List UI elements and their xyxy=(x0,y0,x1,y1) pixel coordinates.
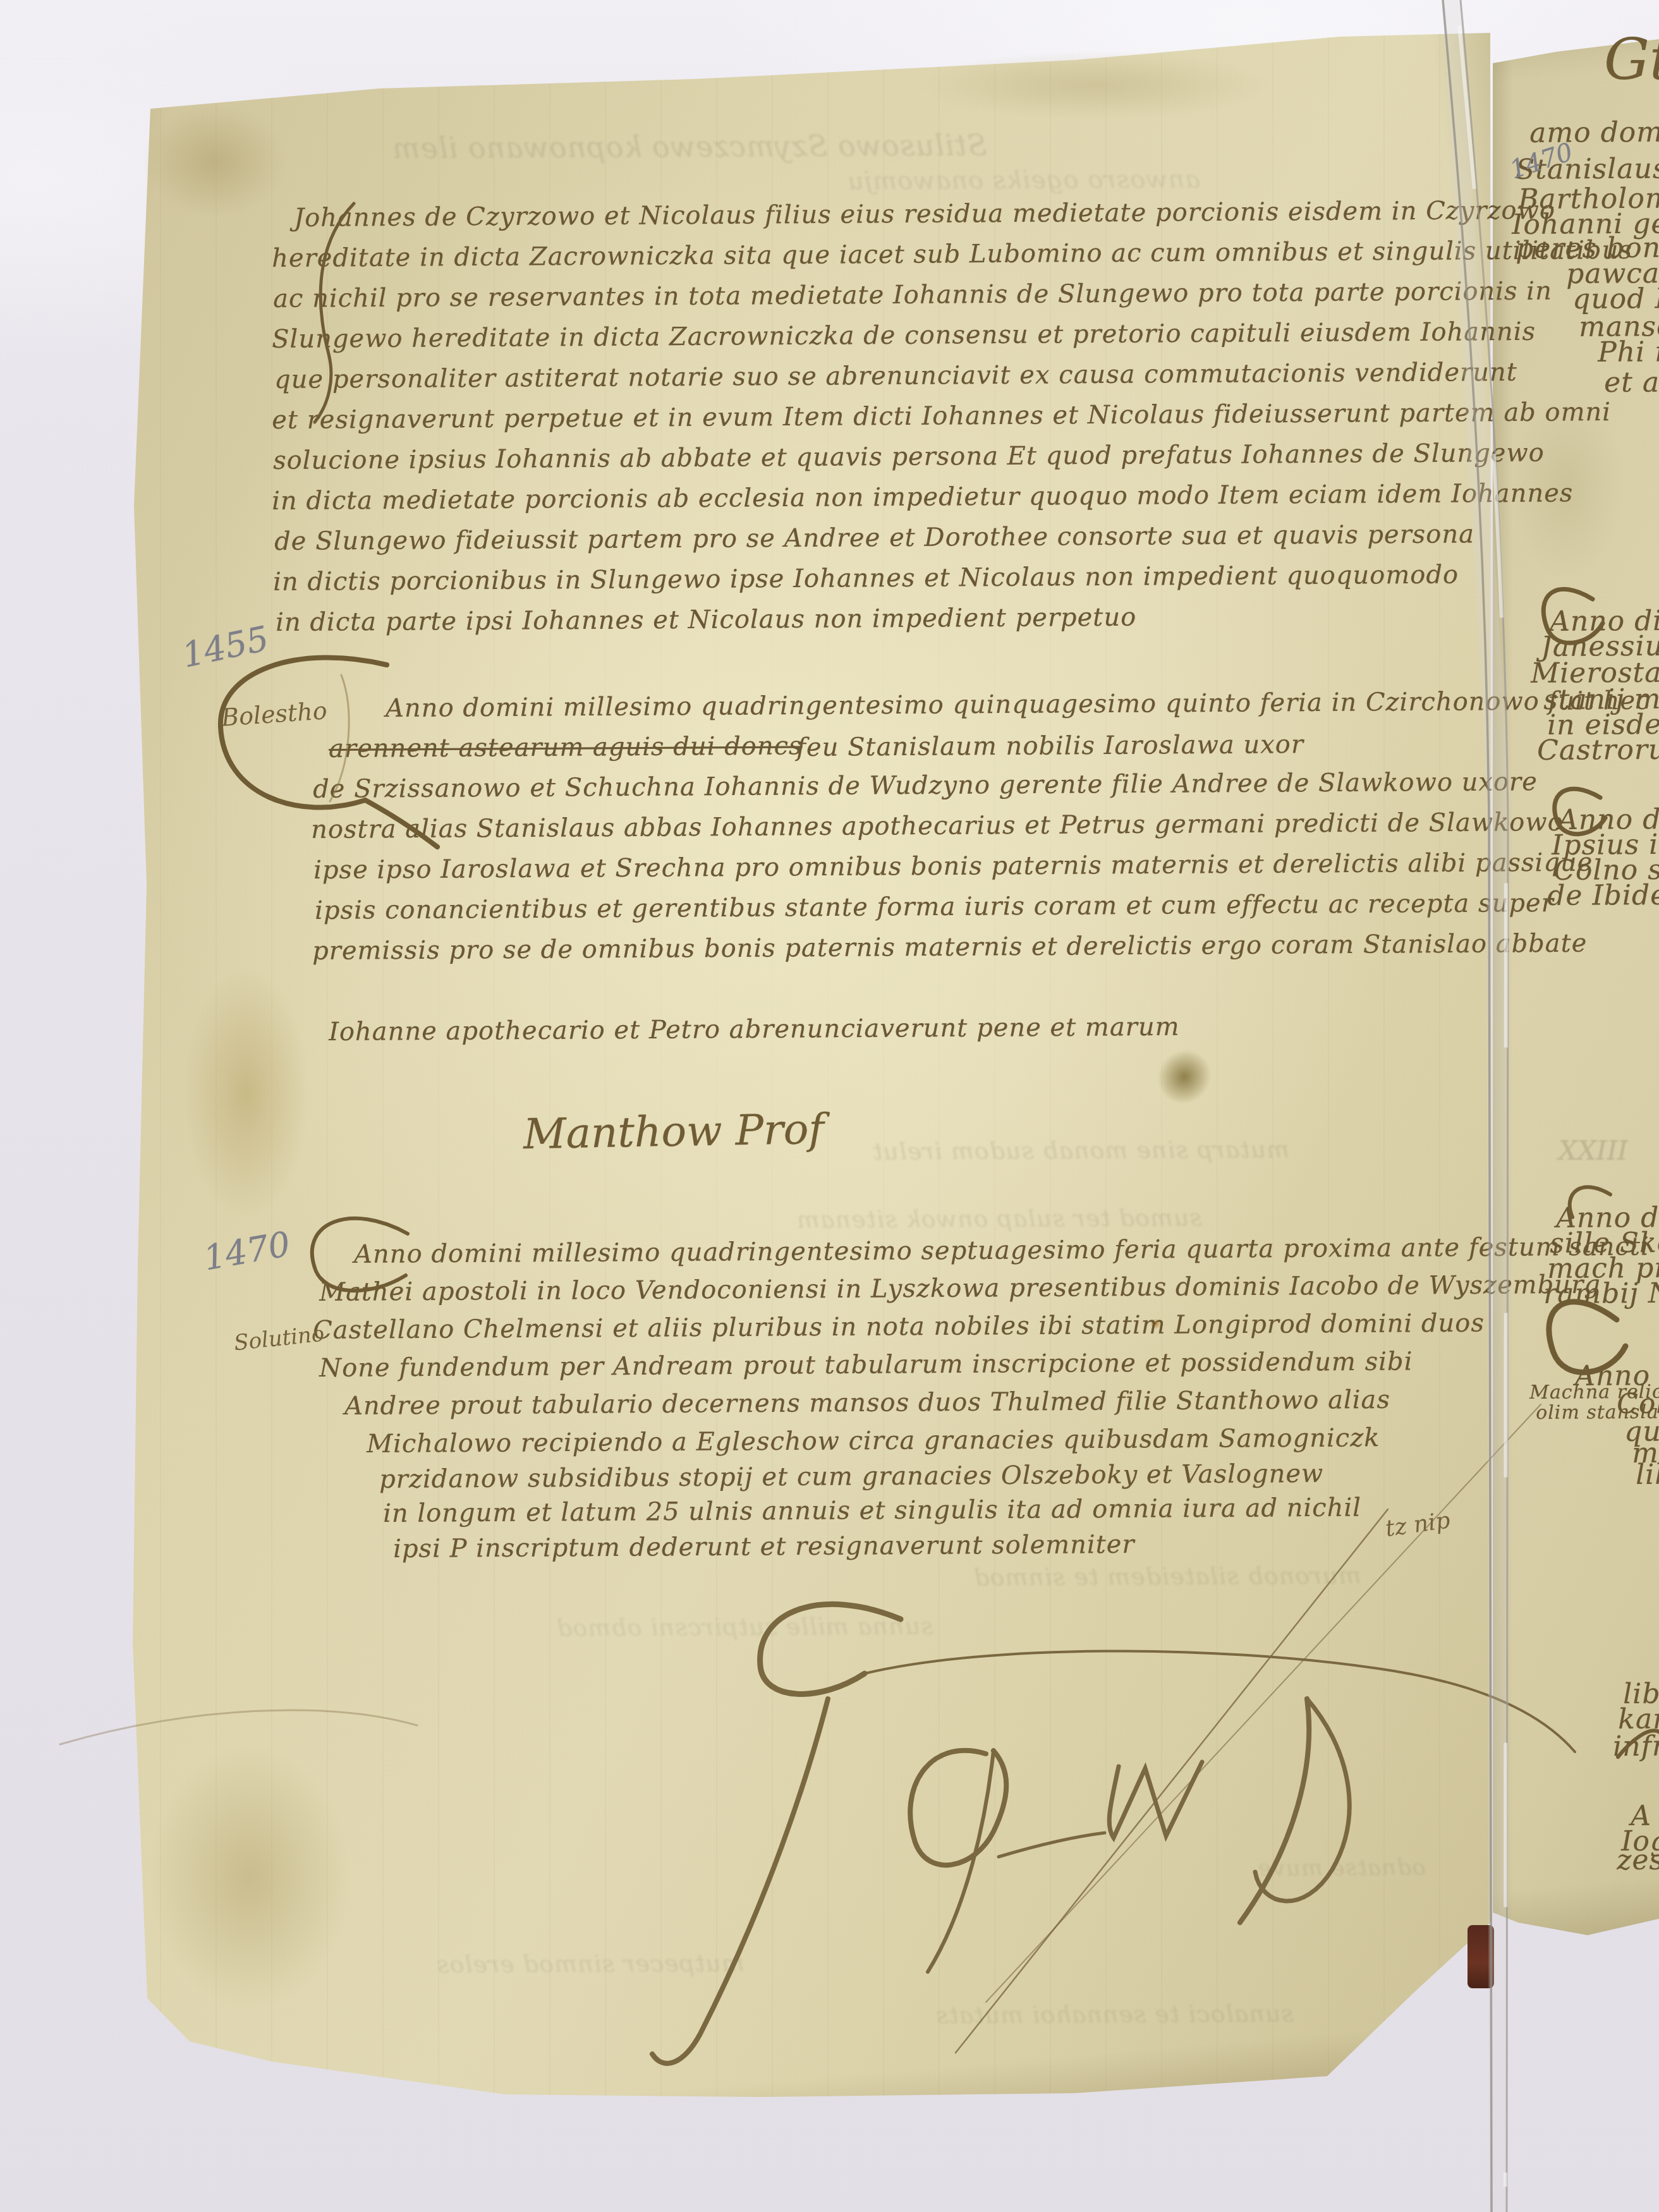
ghost-line: Stilusowo Szymczewo kopnowano ilem xyxy=(392,128,987,166)
binding-leather-edge xyxy=(1468,1925,1494,1988)
manuscript-line: zeste xyxy=(1617,1844,1659,1876)
ghost-line: mutarp sine monab sudom irelut xyxy=(872,1135,1289,1165)
manuscript-line: Castrorum xyxy=(1537,733,1659,767)
manuscript-line: in longum et latum 25 ulnis annuis et si… xyxy=(383,1493,1361,1528)
manuscript-line: infra xyxy=(1613,1730,1659,1763)
manuscript-line: rambij N xyxy=(1543,1277,1659,1310)
manuscript-line: Phi martinum xyxy=(1598,335,1659,368)
manuscript-photo: Johannes de Czyrzowo et Nicolaus filius … xyxy=(0,0,1659,2212)
manuscript-line: ipsi P inscriptum dederunt et resignaver… xyxy=(393,1530,1135,1564)
ghost-folio-number: XXIII xyxy=(1559,1135,1628,1166)
manuscript-line: Iohanne apothecario et Petro abrenunciav… xyxy=(329,1012,1180,1047)
manuscript-line: et alie redem xyxy=(1604,365,1659,399)
ghost-line: sunna mille sutpircsni obmod xyxy=(556,1612,933,1641)
margin-note-line: olim stanslai xyxy=(1536,1401,1659,1424)
manuscript-line: in dicta parte ipsi Iohannes et Nicolaus… xyxy=(276,603,1136,637)
ghost-line: muronob silateidem te sinmod xyxy=(973,1561,1361,1591)
ghost-line: mutpecer sinmod erelos xyxy=(436,1949,744,1979)
ghost-line: sunaloci te sennahoi mutats xyxy=(935,2000,1294,2029)
manuscript-line: feu Stanislaum nobilis Iaroslawa uxor xyxy=(796,730,1304,762)
manuscript-line: Michalowo recipiendo a Egleschow circa g… xyxy=(367,1423,1380,1459)
entry-heading: Manthow Prof xyxy=(523,1105,824,1158)
manuscript-line: przidanow subsidibus stopij et cum grana… xyxy=(379,1459,1323,1494)
manuscript-line: de Ibidem xyxy=(1547,879,1659,912)
manuscript-line: arennent astearum aguis dui doncs xyxy=(329,731,803,763)
ghost-line: odnatse muve xyxy=(1258,1854,1426,1881)
recto-heading-fragment: Gtu xyxy=(1604,27,1659,93)
manuscript-line: liber xyxy=(1636,1458,1659,1491)
margin-note-line: Machna relicta xyxy=(1529,1381,1659,1404)
ghost-line: sumod ter sulap onwok sitenam xyxy=(796,1203,1202,1233)
ghost-line: anwosro ogeiks onawomju xyxy=(847,165,1200,196)
